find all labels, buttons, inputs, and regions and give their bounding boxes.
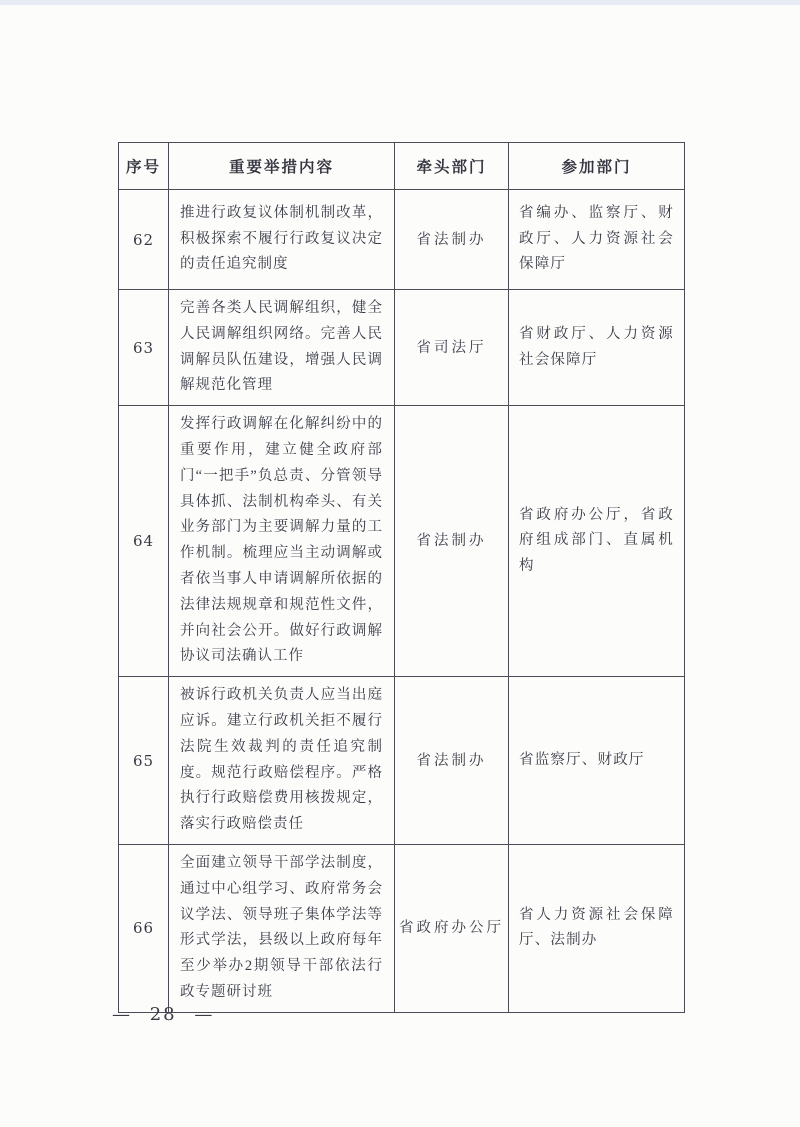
measures-table: 序号 重要举措内容 牵头部门 参加部门 62 推进行政复议体制机制改革，积极探索…: [118, 142, 685, 1013]
measure-content-cell: 完善各类人民调解组织，健全人民调解组织网络。完善人民调解员队伍建设，增强人民调解…: [169, 290, 395, 406]
lead-department-cell: 省政府办公厅: [395, 844, 509, 1012]
lead-department-cell: 省法制办: [395, 190, 509, 290]
measure-content-cell: 全面建立领导干部学法制度，通过中心组学习、政府常务会议学法、领导班子集体学法等形…: [169, 844, 395, 1012]
column-header-serial: 序号: [119, 143, 169, 190]
participants-cell: 省政府办公厅，省政府组成部门、直属机构: [509, 406, 685, 677]
row-serial-number: 65: [119, 677, 169, 845]
lead-department-cell: 省司法厅: [395, 290, 509, 406]
participants-cell: 省财政厅、人力资源社会保障厅: [509, 290, 685, 406]
measure-content-cell: 被诉行政机关负责人应当出庭应诉。建立行政机关拒不履行法院生效裁判的责任追究制度。…: [169, 677, 395, 845]
row-serial-number: 63: [119, 290, 169, 406]
column-header-measure: 重要举措内容: [169, 143, 395, 190]
row-serial-number: 64: [119, 406, 169, 677]
scan-edge-artifact: [0, 0, 800, 5]
row-serial-number: 66: [119, 844, 169, 1012]
page-number: — 28 —: [112, 1004, 214, 1025]
table-row: 63 完善各类人民调解组织，健全人民调解组织网络。完善人民调解员队伍建设，增强人…: [119, 290, 685, 406]
table-row: 65 被诉行政机关负责人应当出庭应诉。建立行政机关拒不履行法院生效裁判的责任追究…: [119, 677, 685, 845]
lead-department-cell: 省法制办: [395, 406, 509, 677]
table-row: 66 全面建立领导干部学法制度，通过中心组学习、政府常务会议学法、领导班子集体学…: [119, 844, 685, 1012]
measure-content-cell: 发挥行政调解在化解纠纷中的重要作用，建立健全政府部门“一把手”负总责、分管领导具…: [169, 406, 395, 677]
table-row: 62 推进行政复议体制机制改革，积极探索不履行行政复议决定的责任追究制度 省法制…: [119, 190, 685, 290]
table-header-row: 序号 重要举措内容 牵头部门 参加部门: [119, 143, 685, 190]
lead-department-cell: 省法制办: [395, 677, 509, 845]
scanned-document-page: 序号 重要举措内容 牵头部门 参加部门 62 推进行政复议体制机制改革，积极探索…: [0, 0, 800, 1127]
column-header-participants: 参加部门: [509, 143, 685, 190]
table-row: 64 发挥行政调解在化解纠纷中的重要作用，建立健全政府部门“一把手”负总责、分管…: [119, 406, 685, 677]
participants-cell: 省编办、监察厅、财政厅、人力资源社会保障厅: [509, 190, 685, 290]
participants-cell: 省监察厅、财政厅: [509, 677, 685, 845]
column-header-lead-dept: 牵头部门: [395, 143, 509, 190]
row-serial-number: 62: [119, 190, 169, 290]
participants-cell: 省人力资源社会保障厅、法制办: [509, 844, 685, 1012]
measure-content-cell: 推进行政复议体制机制改革，积极探索不履行行政复议决定的责任追究制度: [169, 190, 395, 290]
